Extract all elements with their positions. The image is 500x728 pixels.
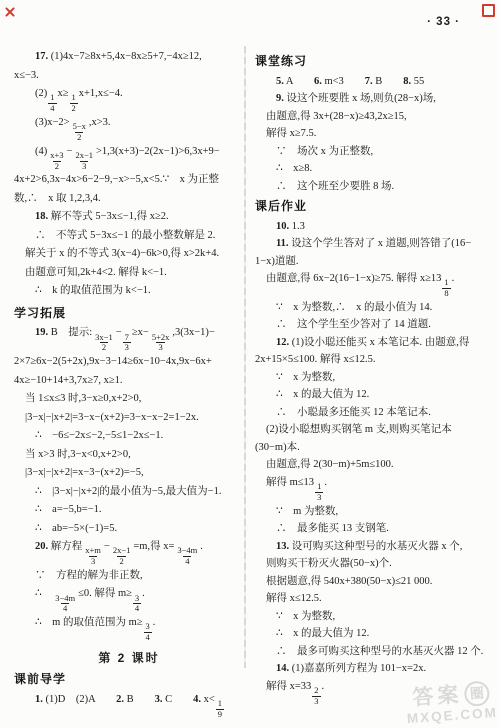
answer-line: ∴ 小聪最多还能买 12 本笔记本.: [255, 404, 493, 422]
subsection-title: 第 2 课时: [14, 649, 244, 668]
answer-line: 18. 解不等式 5−3x≤−1,得 x≥2.: [14, 208, 244, 227]
workbook-answer-page: · 33 · 17. (1)4x−7≥8x+5,4x−8x≥5+7,−4x≥12…: [0, 0, 500, 728]
left-column: 17. (1)4x−7≥8x+5,4x−8x≥5+7,−4x≥12,x≤−3.(…: [14, 48, 244, 720]
answer-line: (2)设小聪想购买钢笔 m 支,则购买笔记本: [255, 421, 493, 439]
answer-line: ∴ 最多能买 13 支钢笔.: [255, 520, 493, 538]
section-heading: 学习拓展: [14, 304, 244, 323]
answer-line: (3)x−2>5−x2,x>3.: [14, 114, 244, 143]
answer-line: ∴ a=−5,b=−1.: [14, 501, 244, 520]
answer-line: 解得 x≤12.5.: [255, 590, 493, 608]
column-divider: [244, 46, 246, 668]
fraction: 23: [312, 686, 320, 707]
answer-line: 11. 设这个学生答对了 x 道题,则答错了(16−: [255, 235, 493, 253]
fraction: 3x−12: [93, 333, 115, 354]
fraction: 2x−12: [111, 546, 133, 567]
answer-line: 4x+2>6,3x−4x>6−2−9,−x>−5,x<5.∵ x 为正整: [14, 171, 244, 190]
answer-line: ∴ 不等式 5−3x≤−1 的最小整数解是 2.: [14, 227, 244, 246]
answer-line: 由题意,得 2(30−m)+5m≤100.: [255, 456, 493, 474]
section-heading: 课堂练习: [255, 53, 493, 71]
fraction: 73: [123, 333, 131, 354]
answer-line: 数,∴ x 取 1,2,3,4.: [14, 190, 244, 209]
answer-line: 由题意,得 6x−2(16−1−x)≥75. 解得 x≥1318.: [255, 270, 493, 299]
right-column: 课堂练习5. A 6. m<3 7. B 8. 559. 设这个班要胜 x 场,…: [255, 50, 493, 706]
answer-line: (4)x+32−2x−13>1,3(x+3)−2(2x−1)>6,3x+9−: [14, 143, 244, 172]
fraction: 2x−13: [73, 151, 95, 172]
red-box-mark: [482, 4, 495, 17]
answer-line: 解得 x≥7.5.: [255, 125, 493, 143]
answer-line: ∵ x 为整数,∴ x 的最小值为 14.: [255, 299, 493, 317]
answer-line: 14. (1)嘉嘉所列方程为 101−x=2x.: [255, 660, 493, 678]
answer-line: 根据题意,得 540x+380(50−x)≤21 000.: [255, 573, 493, 591]
answer-line: |3−x|−|x+2|=x−3−(x+2)=−5,: [14, 464, 244, 483]
watermark-circle-char: 圈: [464, 680, 491, 707]
fraction: 18: [442, 278, 450, 299]
answer-line: ∴ x≥8.: [255, 160, 493, 178]
answer-line: 10. 1.3: [255, 218, 493, 236]
answer-line: (2)14x≥12x+1,x≤−4.: [14, 85, 244, 114]
answer-line: ∴ k 的取值范围为 k<−1.: [14, 282, 244, 301]
fraction: 3−4m4: [175, 546, 199, 567]
answer-line: ∵ 方程的解为非正数,: [14, 567, 244, 586]
answer-line: |3−x|−|x+2|=3−x−(x+2)=3−x−x−2=1−2x.: [14, 409, 244, 428]
answer-line: 2x+15×5≤100. 解得 x≤12.5.: [255, 351, 493, 369]
fraction: 34: [144, 622, 152, 643]
answer-line: 2×7≥6x−2(5+2x),9x−3−14≥6x−10−4x,9x−6x+: [14, 353, 244, 372]
answer-line: ∴ |3−x|−|x+2|的最小值为−5,最大值为−1.: [14, 483, 244, 502]
fraction: 34: [133, 594, 141, 615]
answer-line: ∴ 这个学生至少答对了 14 道题.: [255, 316, 493, 334]
red-x-mark: [4, 6, 16, 18]
answer-line: 9. 设这个班要胜 x 场,则负(28−x)场,: [255, 90, 493, 108]
answer-line: 19. B 提示:3x−12−73≥x−5+2x3,3(3x−1)−: [14, 324, 244, 353]
fraction: 19: [216, 699, 224, 720]
answer-line: 则购买干粉灭火器(50−x)个.: [255, 555, 493, 573]
fraction: 3−4m4: [53, 594, 77, 615]
answer-line: 20. 解方程x+m3−2x−12=m,得 x=3−4m4.: [14, 538, 244, 567]
fraction: 5+2x3: [150, 333, 172, 354]
answer-line: ∴ −6≤−2x≤−2,−5≤1−2x≤−1.: [14, 427, 244, 446]
answer-line: ∴ m 的取值范围为 m≥34.: [14, 614, 244, 643]
answer-line: 当 x>3 时,3−x<0,x+2>0,: [14, 446, 244, 465]
answer-line: 由题意可知,2k+4<2. 解得 k<−1.: [14, 264, 244, 283]
answer-line: 1−x)道题.: [255, 253, 493, 271]
answer-line: ∴ ab=−5×(−1)=5.: [14, 520, 244, 539]
fraction: 12: [70, 93, 78, 114]
answer-line: 4x≥−10+14+3,7x≥7, x≥1.: [14, 372, 244, 391]
section-heading: 课后作业: [255, 198, 493, 216]
answer-line: (30−m)本.: [255, 439, 493, 457]
fraction: x+m3: [83, 546, 103, 567]
answer-line: 13. 设可购买这种型号的水基灭火器 x 个,: [255, 538, 493, 556]
answer-line: 17. (1)4x−7≥8x+5,4x−8x≥5+7,−4x≥12,: [14, 48, 244, 67]
fraction: 14: [48, 93, 56, 114]
fraction: 5−x2: [71, 122, 88, 143]
answer-line: ∵ 场次 x 为正整数,: [255, 143, 493, 161]
section-heading: 课前导学: [14, 670, 244, 689]
answer-line: ∴ x 的最大值为 12.: [255, 625, 493, 643]
answer-line: ∴ x 的最大值为 12.: [255, 386, 493, 404]
answer-line: 当 1≤x≤3 时,3−x≥0,x+2>0,: [14, 390, 244, 409]
answer-line: x≤−3.: [14, 67, 244, 86]
answer-line: ∴ 最多可购买这种型号的水基灭火器 12 个.: [255, 643, 493, 661]
answer-line: ∴ 这个班至少要胜 8 场.: [255, 178, 493, 196]
answer-line: 解得 m≤1313.: [255, 474, 493, 503]
fraction: x+32: [48, 151, 65, 172]
answer-line: 5. A 6. m<3 7. B 8. 55: [255, 73, 493, 91]
answer-line: 1. (1)D (2)A 2. B 3. C 4. x<19: [14, 691, 244, 720]
answer-line: ∵ m 为整数,: [255, 503, 493, 521]
answer-line: ∵ x 为整数,: [255, 608, 493, 626]
page-number: · 33 ·: [427, 16, 460, 28]
answer-line: ∵ x 为整数,: [255, 369, 493, 387]
answer-line: ∴ 3−4m4≤0. 解得 m≥34.: [14, 585, 244, 614]
answer-line: 由题意,得 3x+(28−x)≥43,2x≥15,: [255, 108, 493, 126]
answer-line: 12. (1)设小聪还能买 x 本笔记本. 由题意,得: [255, 334, 493, 352]
fraction: 13: [315, 482, 323, 503]
answer-line: 解关于 x 的不等式 3(x−4)−6k>0,得 x>2k+4.: [14, 245, 244, 264]
watermark: 答案圈 MXQE.COM: [405, 680, 499, 727]
